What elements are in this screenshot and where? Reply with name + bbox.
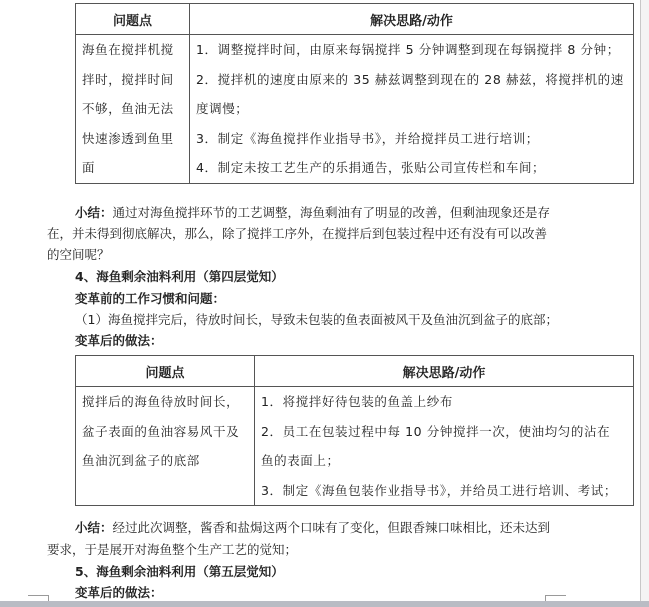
- problem-line: 盆子表面的鱼油容易风干及: [82, 417, 248, 447]
- section4-before-label: 变革前的工作习惯和问题：: [75, 288, 225, 310]
- section4-heading: 4、海鱼剩余油料利用（第四层觉知）: [75, 266, 284, 288]
- section5-heading: 5、海鱼剩余油料利用（第五层觉知）: [75, 561, 284, 583]
- solution-line: 3．制定《海鱼搅拌作业指导书》，并给搅拌员工进行培训；: [196, 124, 627, 154]
- summary1-line1: 小结：通过对海鱼搅拌环节的工艺调整，海鱼剩油有了明显的改善，但剩油现象还是存: [75, 202, 550, 224]
- header-problem: 问题点: [76, 356, 255, 387]
- problem-line: 面: [82, 153, 183, 183]
- problem-cell: 海鱼在搅拌机搅 拌时，搅拌时间 不够，鱼油无法 快速渗透到鱼里 面: [76, 35, 190, 184]
- problem-cell: 搅拌后的海鱼待放时间长， 盆子表面的鱼油容易风干及 鱼油沉到盆子的底部: [76, 387, 255, 506]
- problem-line: 快速渗透到鱼里: [82, 124, 183, 154]
- summary2-line2: 要求，于是展开对海鱼整个生产工艺的觉知；: [47, 539, 297, 561]
- problem-solution-table-2: 问题点 解决思路/动作 搅拌后的海鱼待放时间长， 盆子表面的鱼油容易风干及 鱼油…: [75, 355, 634, 506]
- solution-cell: 1．调整搅拌时间，由原来每锅搅拌 5 分钟调整到现在每锅搅拌 8 分钟； 2．搅…: [190, 35, 634, 184]
- solution-line: 4．制定未按工艺生产的乐捐通告，张贴公司宣传栏和车间；: [196, 153, 627, 183]
- document-page: 问题点 解决思路/动作 海鱼在搅拌机搅 拌时，搅拌时间 不够，鱼油无法 快速渗透…: [0, 0, 640, 601]
- summary-label: 小结：: [75, 205, 113, 220]
- solution-line: 度调慢；: [196, 94, 627, 124]
- header-solution: 解决思路/动作: [255, 356, 634, 387]
- solution-cell: 1．将搅拌好待包装的鱼盖上纱布 2．员工在包装过程中每 10 分钟搅拌一次，使油…: [255, 387, 634, 506]
- problem-line: 海鱼在搅拌机搅: [82, 35, 183, 65]
- section4-before-item: （1）海鱼搅拌完后，待放时间长，导致未包装的鱼表面被风干及鱼油沉到盆子的底部；: [75, 309, 558, 331]
- problem-line: 不够，鱼油无法: [82, 94, 183, 124]
- problem-line: [82, 476, 248, 506]
- problem-solution-table-1: 问题点 解决思路/动作 海鱼在搅拌机搅 拌时，搅拌时间 不够，鱼油无法 快速渗透…: [75, 3, 634, 184]
- summary2-line1: 小结：经过此次调整，酱香和盐焗这两个口味有了变化，但跟香辣口味相比，还未达到: [75, 517, 550, 539]
- solution-line: 2．员工在包装过程中每 10 分钟搅拌一次，使油均匀的沾在: [261, 417, 627, 447]
- header-solution: 解决思路/动作: [190, 4, 634, 35]
- problem-line: 搅拌后的海鱼待放时间长，: [82, 387, 248, 417]
- header-problem: 问题点: [76, 4, 190, 35]
- solution-line: 2．搅拌机的速度由原来的 35 赫兹调整到现在的 28 赫兹，将搅拌机的速: [196, 65, 627, 95]
- problem-line: 鱼油沉到盆子的底部: [82, 446, 248, 476]
- problem-line: 拌时，搅拌时间: [82, 65, 183, 95]
- section4-after-label: 变革后的做法：: [75, 330, 163, 352]
- solution-line: 鱼的表面上；: [261, 446, 627, 476]
- summary-label: 小结：: [75, 520, 113, 535]
- page-bottom-gutter: [0, 601, 649, 607]
- solution-line: 1．调整搅拌时间，由原来每锅搅拌 5 分钟调整到现在每锅搅拌 8 分钟；: [196, 35, 627, 65]
- vertical-scrollbar-track[interactable]: [640, 0, 649, 607]
- summary1-line3: 的空间呢？: [47, 244, 110, 266]
- solution-line: 3．制定《海鱼包装作业指导书》，并给员工进行培训、考试；: [261, 476, 627, 506]
- summary1-line2: 在，并未得到彻底解决，那么，除了搅拌工序外，在搅拌后到包装过程中还有没有可以改善: [47, 223, 547, 245]
- solution-line: 1．将搅拌好待包装的鱼盖上纱布: [261, 387, 627, 417]
